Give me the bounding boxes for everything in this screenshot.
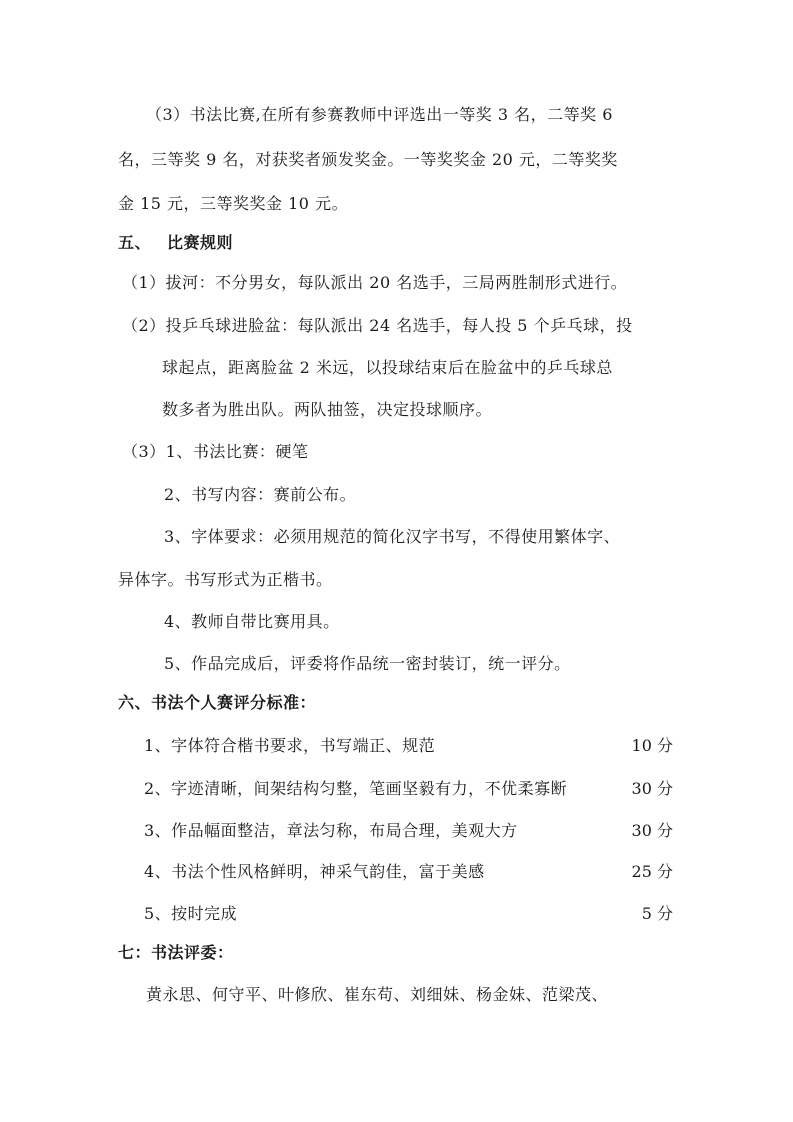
criteria-row: 2、字迹清晰，间架结构匀整，笔画坚毅有力，不优柔寡断 30 分	[0, 779, 793, 799]
prizes-line-1: （3）书法比赛,在所有参赛教师中评选出一等奖 3 名，二等奖 6	[146, 105, 613, 125]
section5-heading-number: 五、	[118, 233, 151, 253]
rule-3-item-5: 5、作品完成后，评委将作品统一密封装订，统一评分。	[164, 654, 571, 674]
criteria-row: 3、作品幅面整洁，章法匀称，布局合理，美观大方 30 分	[0, 821, 793, 841]
rule-2-line-1: （2）投乒乓球进脸盆：每队派出 24 名选手，每人投 5 个乒乓球，投	[122, 316, 633, 336]
criteria-row: 5、按时完成 5 分	[0, 904, 793, 924]
rule-3-item-3-line-1: 3、字体要求：必须用规范的简化汉字书写，不得使用繁体字、	[164, 527, 620, 547]
criteria-text: 4、书法个性风格鲜明，神采气韵佳，富于美感	[144, 862, 485, 882]
rule-3-item-3-line-2: 异体字。书写形式为正楷书。	[118, 570, 333, 590]
prizes-line-3: 金 15 元，三等奖奖金 10 元。	[118, 194, 348, 214]
section7-heading: 七：书法评委：	[118, 943, 234, 963]
rule-2-line-3: 数多者为胜出队。两队抽签，决定投球顺序。	[162, 400, 492, 420]
rule-2-line-2: 球起点，距离脸盆 2 米远，以投球结束后在脸盆中的乒乓球总	[162, 358, 613, 378]
criteria-points: 10 分	[632, 736, 673, 756]
rule-3-item-1: （3）1、书法比赛：硬笔	[122, 442, 308, 462]
prizes-line-2: 名，三等奖 9 名，对获奖者颁发奖金。一等奖奖金 20 元，二等奖奖	[118, 150, 618, 170]
criteria-row: 1、字体符合楷书要求，书写端正、规范 10 分	[0, 736, 793, 756]
rule-3-item-2: 2、书写内容：赛前公布。	[164, 485, 356, 505]
criteria-points: 30 分	[632, 779, 673, 799]
criteria-points: 30 分	[632, 821, 673, 841]
rule-1-tug-of-war: （1）拔河：不分男女，每队派出 20 名选手，三局两胜制形式进行。	[122, 273, 627, 293]
criteria-text: 1、字体符合楷书要求，书写端正、规范	[144, 736, 435, 756]
criteria-text: 3、作品幅面整洁，章法匀称，布局合理，美观大方	[144, 821, 518, 841]
section6-heading: 六、书法个人赛评分标准：	[118, 693, 316, 713]
criteria-points: 25 分	[632, 862, 673, 882]
judges-list: 黄永思、何守平、叶修欣、崔东苟、刘细妹、杨金妹、范梁茂、	[146, 985, 608, 1005]
section5-heading-title: 比赛规则	[167, 233, 233, 253]
criteria-text: 2、字迹清晰，间架结构匀整，笔画坚毅有力，不优柔寡断	[144, 779, 567, 799]
criteria-row: 4、书法个性风格鲜明，神采气韵佳，富于美感 25 分	[0, 862, 793, 882]
rule-3-item-4: 4、教师自带比赛用具。	[164, 612, 340, 632]
criteria-text: 5、按时完成	[144, 904, 237, 924]
criteria-points: 5 分	[642, 904, 673, 924]
